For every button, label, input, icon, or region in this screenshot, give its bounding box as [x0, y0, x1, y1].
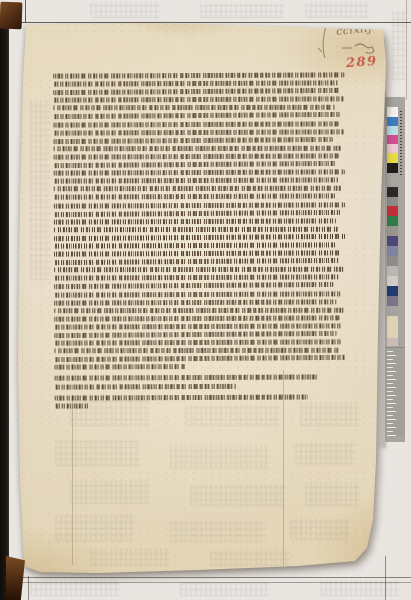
closing-paragraph-2: [55, 394, 349, 408]
manuscript-text-line: [54, 299, 336, 305]
manuscript-text-line: [53, 112, 341, 119]
manuscript-text-line: [54, 315, 339, 321]
manuscript-text-line: [53, 80, 338, 86]
ghost-text-cluster: [90, 548, 170, 566]
manuscript-text-line: [54, 202, 345, 208]
manuscript-photo: cclxiij 289: [0, 0, 411, 600]
manuscript-text-line: [54, 242, 336, 248]
manuscript-text-line: [53, 72, 344, 78]
manuscript-text-line: [54, 218, 336, 224]
manuscript-text-line: [55, 364, 187, 370]
manuscript-text-line: [54, 348, 339, 353]
manuscript-page: cclxiij 289: [0, 0, 411, 600]
manuscript-text-line: [54, 323, 342, 329]
manuscript-text-line: [54, 178, 339, 184]
ghost-text-cluster: [170, 445, 270, 469]
ghost-text-cluster: [70, 480, 150, 504]
main-text-lines: [53, 72, 348, 370]
manuscript-text-line: [54, 355, 345, 362]
ghost-text-cluster: [290, 518, 350, 540]
manuscript-text-line: [54, 209, 342, 216]
manuscript-text-line: [54, 282, 333, 289]
manuscript-text-line: [54, 146, 342, 152]
manuscript-text-line: [54, 291, 342, 297]
manuscript-text-line: [54, 169, 345, 175]
ghost-text-cluster: [295, 442, 355, 464]
manuscript-text-line: [53, 97, 344, 103]
manuscript-text-line: [53, 88, 341, 95]
manuscript-text-line: [54, 258, 339, 265]
manuscript-text-line: [54, 307, 345, 313]
manuscript-text-line: [55, 383, 237, 389]
manuscript-text-line: [54, 129, 345, 135]
ghost-text-cluster: [170, 520, 265, 542]
manuscript-text-line: [54, 194, 336, 200]
manuscript-text-block: [53, 72, 348, 411]
manuscript-text-line: [54, 234, 345, 241]
manuscript-text-line: [54, 153, 339, 159]
manuscript-text-line: [54, 137, 333, 144]
ghost-text-cluster: [190, 484, 285, 506]
manuscript-text-line: [55, 394, 308, 400]
manuscript-text-line: [54, 331, 336, 338]
manuscript-text-line: [54, 186, 342, 192]
manuscript-text-line: [53, 121, 338, 127]
manuscript-text-line: [54, 227, 339, 232]
book-spine: [0, 24, 9, 600]
manuscript-text-line: [54, 275, 339, 281]
ghost-text-cluster: [210, 550, 290, 566]
manuscript-text-line: [55, 403, 90, 408]
ghost-text-cluster: [55, 515, 135, 541]
manuscript-text-line: [54, 339, 342, 345]
manuscript-text-line: [53, 105, 335, 110]
page-shadow-wrapper: cclxiij 289: [0, 0, 411, 600]
ghost-text-cluster: [55, 440, 140, 466]
manuscript-text-line: [54, 250, 342, 256]
ghost-text-cluster: [30, 100, 50, 280]
manuscript-text-line: [54, 161, 336, 168]
page-number-red: 289: [346, 54, 381, 71]
closing-paragraph-1: [55, 375, 349, 389]
ghost-text-cluster: [305, 482, 360, 506]
manuscript-text-line: [55, 375, 320, 381]
leather-corner-top: [0, 2, 22, 30]
manuscript-text-line: [54, 267, 345, 273]
